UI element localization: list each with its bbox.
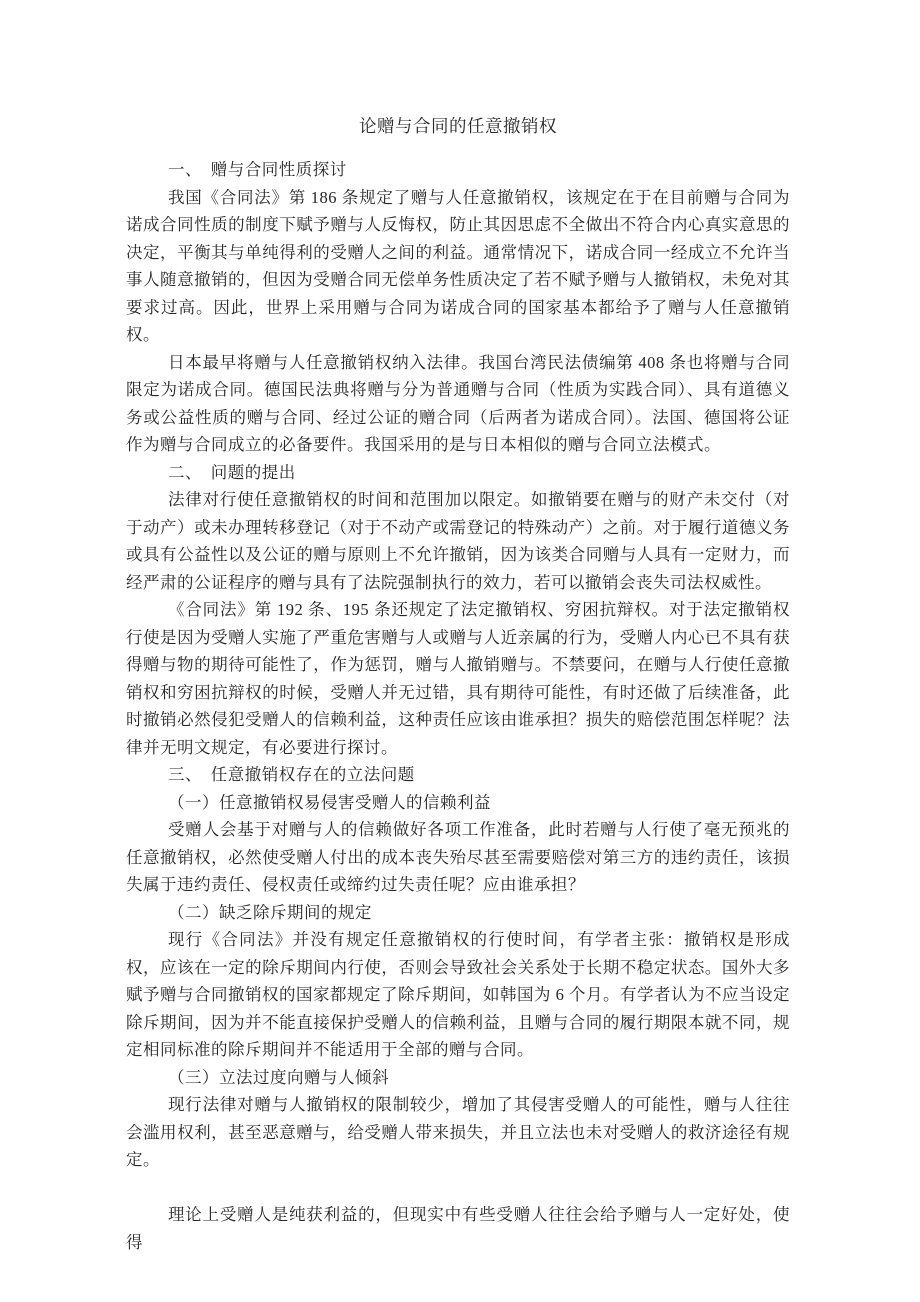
subsection-heading: （一）任意撤销权易侵害受赠人的信赖利益	[126, 789, 790, 817]
section-heading: 一、 赠与合同性质探讨	[126, 156, 790, 184]
document-title: 论赠与合同的任意撤销权	[126, 112, 790, 140]
section-heading: 三、 任意撤销权存在的立法问题	[126, 761, 790, 789]
subsection-heading: （二）缺乏除斥期间的规定	[126, 899, 790, 927]
document-body: 一、 赠与合同性质探讨我国《合同法》第 186 条规定了赠与人任意撤销权，该规定…	[126, 156, 790, 1256]
subsection-heading: （三）立法过度向赠与人倾斜	[126, 1064, 790, 1092]
document-page: 论赠与合同的任意撤销权 一、 赠与合同性质探讨我国《合同法》第 186 条规定了…	[0, 0, 920, 1302]
section-heading: 二、 问题的提出	[126, 459, 790, 487]
paragraph: 受赠人会基于对赠与人的信赖做好各项工作准备，此时若赠与人行使了毫无预兆的任意撤销…	[126, 816, 790, 899]
paragraph: 法律对行使任意撤销权的时间和范围加以限定。如撤销要在赠与的财产未交付（对于动产）…	[126, 486, 790, 596]
paragraph: 理论上受赠人是纯获利益的，但现实中有些受赠人往往会给予赠与人一定好处，使得	[126, 1201, 790, 1256]
blank-line	[126, 1174, 790, 1202]
paragraph: 我国《合同法》第 186 条规定了赠与人任意撤销权，该规定在于在目前赠与合同为诺…	[126, 184, 790, 349]
paragraph: 《合同法》第 192 条、195 条还规定了法定撤销权、穷困抗辩权。对于法定撤销…	[126, 596, 790, 761]
paragraph: 现行法律对赠与人撤销权的限制较少，增加了其侵害受赠人的可能性，赠与人往往会滥用权…	[126, 1091, 790, 1174]
paragraph: 日本最早将赠与人任意撤销权纳入法律。我国台湾民法债编第 408 条也将赠与合同限…	[126, 349, 790, 459]
paragraph: 现行《合同法》并没有规定任意撤销权的行使时间，有学者主张：撤销权是形成权，应该在…	[126, 926, 790, 1064]
